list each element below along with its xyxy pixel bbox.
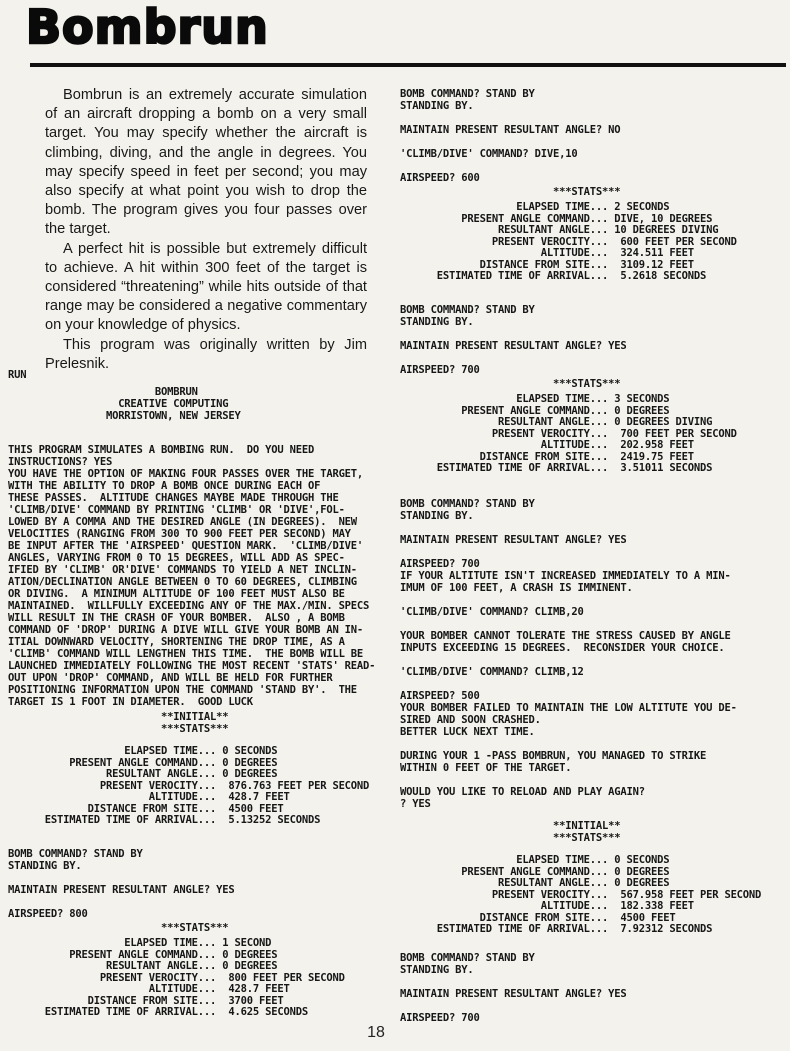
intro-paragraph: A perfect hit is possible but extremely …: [45, 240, 367, 336]
page-title: Bombrun: [26, 0, 269, 54]
dialog-block: BOMB COMMAND? STAND BY STANDING BY. MAIN…: [400, 304, 627, 376]
dialog-block: BOMB COMMAND? STAND BY STANDING BY. MAIN…: [400, 952, 627, 1024]
intro-text: Bombrun is an extremely accurate simulat…: [45, 86, 367, 374]
dialog-block: BOMB COMMAND? STAND BY STANDING BY. MAIN…: [400, 88, 620, 184]
stats-header: ***STATS***: [400, 186, 620, 198]
program-header: BOMBRUN CREATIVE COMPUTING MORRISTOWN, N…: [8, 386, 241, 422]
title-divider-rule: [30, 63, 786, 67]
stats-header: ***STATS***: [400, 378, 620, 390]
initial-stats-header: **INITIAL** ***STATS***: [8, 711, 228, 735]
intro-paragraph: Bombrun is an extremely accurate simulat…: [45, 86, 367, 240]
stats-block-initial: ELAPSED TIME... 0 SECONDS PRESENT ANGLE …: [8, 746, 369, 827]
scanned-book-page: Bombrun Bombrun is an extremely accurate…: [0, 0, 790, 1051]
page-number: 18: [356, 1024, 396, 1042]
stats-block-initial-replay: ELAPSED TIME... 0 SECONDS PRESENT ANGLE …: [400, 855, 761, 936]
initial-stats-header: **INITIAL** ***STATS***: [400, 820, 620, 844]
stats-block-2-seconds: ELAPSED TIME... 2 SECONDS PRESENT ANGLE …: [400, 202, 737, 283]
run-command: RUN: [8, 369, 26, 381]
stats-header: ***STATS***: [8, 922, 228, 934]
stats-block-1-second: ELAPSED TIME... 1 SECOND PRESENT ANGLE C…: [8, 938, 345, 1019]
instructions-text: THIS PROGRAM SIMULATES A BOMBING RUN. DO…: [8, 444, 375, 708]
intro-paragraph: This program was originally written by J…: [45, 336, 367, 374]
stats-block-3-seconds: ELAPSED TIME... 3 SECONDS PRESENT ANGLE …: [400, 394, 737, 475]
dialog-block-crash-sequence: BOMB COMMAND? STAND BY STANDING BY. MAIN…: [400, 498, 737, 810]
dialog-block: BOMB COMMAND? STAND BY STANDING BY. MAIN…: [8, 848, 235, 920]
